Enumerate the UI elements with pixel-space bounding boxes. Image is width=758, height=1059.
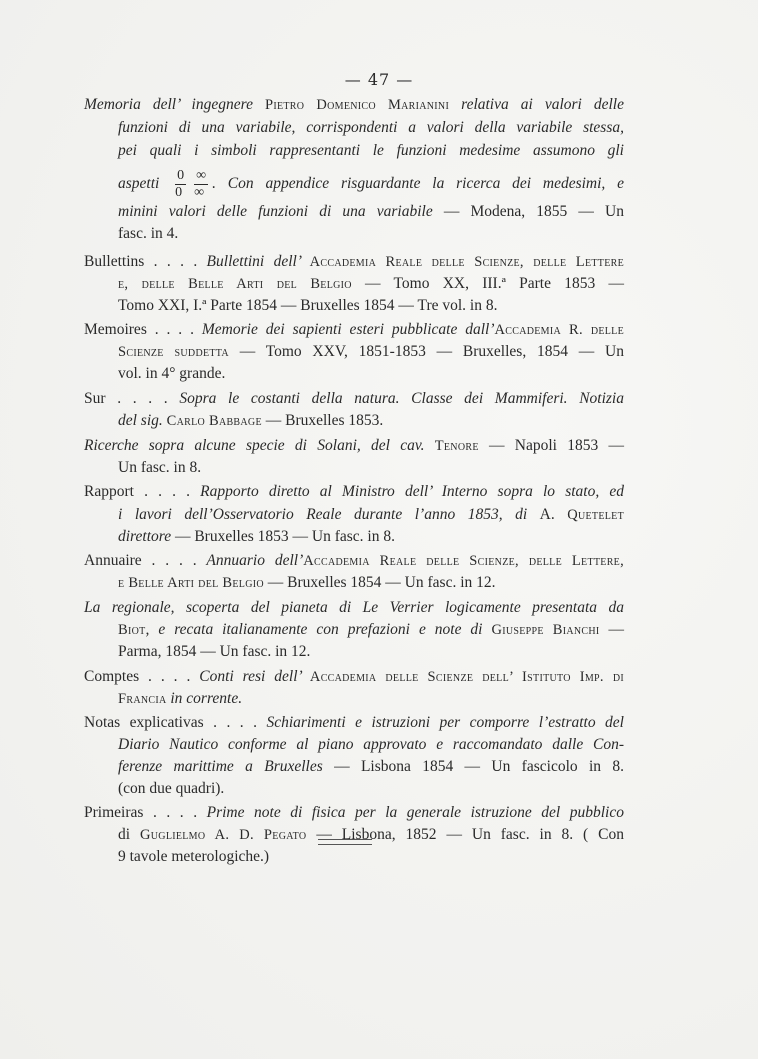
title-text: minini valori delle funzioni di una vari…	[118, 203, 444, 220]
entry-line: e, delle Belle Arti del Belgio — Tomo XX…	[118, 274, 624, 294]
entry-line: (con due quadri).	[118, 779, 624, 799]
title-text: Memorie dei sapienti esteri pubblicate d…	[202, 321, 495, 338]
entry-line: Tomo XXI, I.ª Parte 1854 — Bruxelles 185…	[118, 296, 624, 316]
title-text: i lavori dell’Osservatorio Reale durante…	[118, 506, 540, 523]
entry-line: Rapport . . . . Rapporto diretto al Mini…	[84, 482, 624, 502]
title-text: aspetti	[118, 175, 171, 192]
proper-name: Giuseppe Bianchi	[491, 622, 599, 638]
plain-text: — Bruxelles 1853.	[262, 412, 383, 429]
plain-text: — Bruxelles 1853 — Un fasc. in 8.	[171, 528, 395, 545]
plain-text: 9 tavole meterologiche.)	[118, 848, 269, 865]
plain-text: Sur . . . .	[84, 390, 179, 407]
entry-line: Parma, 1854 — Un fasc. in 12.	[118, 642, 624, 662]
plain-text: vol. in 4° grande.	[118, 365, 225, 382]
proper-name: Scienze suddetta	[118, 344, 229, 360]
plain-text: A.	[540, 506, 568, 523]
plain-text: (con due quadri).	[118, 780, 224, 797]
entry-line: Annuaire . . . . Annuario dell’Accademia…	[84, 551, 624, 571]
entry-line: Un fasc. in 8.	[118, 458, 624, 478]
title-text: Memoria dell’ ingegnere	[84, 96, 265, 113]
entry-line: Bullettins . . . . Bullettini dell’ Acca…	[84, 252, 624, 272]
title-text: funzioni di una variabile, corrispondent…	[118, 119, 624, 136]
entry-line: Francia in corrente.	[118, 689, 624, 709]
plain-text: — Bruxelles 1854 — Un fasc. in 12.	[264, 574, 496, 591]
entry-line: minini valori delle funzioni di una vari…	[118, 202, 624, 222]
entry-line: del sig. Carlo Babbage — Bruxelles 1853.	[118, 411, 624, 431]
fraction: 00	[175, 168, 186, 201]
fraction: ∞∞	[194, 168, 208, 201]
entry-line: 9 tavole meterologiche.)	[118, 847, 624, 867]
entry-line: Biot, e recata italianamente con prefazi…	[118, 620, 624, 640]
plain-text: fasc. in 4.	[118, 225, 178, 242]
entry-line: i lavori dell’Osservatorio Reale durante…	[118, 505, 624, 525]
proper-name: Biot	[118, 622, 146, 638]
entry-line: Ricerche sopra alcune specie di Solani, …	[84, 436, 624, 456]
entry-line: Sur . . . . Sopra le costanti della natu…	[84, 389, 624, 409]
fraction-numerator: 0	[175, 168, 186, 185]
entry-line: vol. in 4° grande.	[118, 364, 624, 384]
entry-line: Scienze suddetta — Tomo XXV, 1851-1853 —…	[118, 342, 624, 362]
title-text: Annuario dell’	[206, 552, 303, 569]
plain-text: Rapport . . . .	[84, 483, 200, 500]
plain-text: Primeiras . . . .	[84, 804, 207, 821]
title-text: Ricerche sopra alcune specie di Solani, …	[84, 437, 435, 454]
title-text: direttore	[118, 528, 171, 545]
title-text: del sig.	[118, 412, 167, 429]
entry-line: Memoires . . . . Memorie dei sapienti es…	[84, 320, 624, 340]
page-number: — 47 —	[0, 70, 758, 89]
proper-name: e Belle Arti del Belgio	[118, 575, 264, 591]
title-text: pei quali i simboli rappresentanti le fu…	[118, 142, 624, 159]
title-text: relativa ai valori delle	[449, 96, 624, 113]
title-text: . Con appendice risguardante la ricerca …	[212, 175, 624, 192]
proper-name: Quetelet	[567, 507, 624, 523]
plain-text: Memoires . . . .	[84, 321, 202, 338]
plain-text: —	[600, 621, 624, 638]
fraction-denominator: 0	[175, 185, 186, 201]
entry-line: Comptes . . . . Conti resi dell’ Accadem…	[84, 667, 624, 687]
plain-text: Comptes . . . .	[84, 668, 199, 685]
plain-text: Bullettins . . . .	[84, 253, 207, 270]
title-text: in corrente.	[167, 690, 243, 707]
entry-line: fasc. in 4.	[118, 224, 624, 244]
proper-name: e, delle Belle Arti del Belgio	[118, 276, 352, 292]
proper-name: Accademia Reale delle Scienze, delle Let…	[310, 254, 624, 270]
entry-line: funzioni di una variabile, corrispondent…	[118, 118, 624, 138]
plain-text: — Lisbona 1854 — Un fascicolo in 8.	[323, 758, 624, 775]
title-text: La regionale, scoperta del pianeta di Le…	[84, 599, 624, 616]
proper-name: Pietro Domenico Marianini	[265, 97, 449, 113]
fraction-denominator: ∞	[194, 185, 208, 201]
plain-text: Un fasc. in 8.	[118, 459, 201, 476]
closing-rule	[318, 839, 372, 845]
plain-text: — Napoli 1853 —	[479, 437, 624, 454]
entry-line: aspetti 00∞∞. Con appendice risguardante…	[118, 168, 624, 201]
proper-name: Tenore	[435, 438, 479, 454]
proper-name: Accademia delle Scienze dell’ Istituto I…	[310, 669, 624, 685]
title-text: Sopra le costanti della natura. Classe d…	[179, 390, 624, 407]
entry-line: e Belle Arti del Belgio — Bruxelles 1854…	[118, 573, 624, 593]
plain-text: di	[118, 826, 140, 843]
plain-text: Notas explicativas . . . .	[84, 714, 266, 731]
title-text: Diario Nautico conforme al piano approva…	[118, 736, 624, 753]
title-text: Rapporto diretto al Ministro dell’ Inter…	[200, 483, 624, 500]
plain-text: — Modena, 1855 — Un	[444, 203, 624, 220]
title-text: ferenze marittime a Bruxelles	[118, 758, 323, 775]
title-text: Conti resi dell’	[199, 668, 310, 685]
plain-text: Parma, 1854 — Un fasc. in 12.	[118, 643, 310, 660]
proper-name: Francia	[118, 691, 167, 707]
entry-line: Diario Nautico conforme al piano approva…	[118, 735, 624, 755]
entry-line: direttore — Bruxelles 1853 — Un fasc. in…	[118, 527, 624, 547]
title-text: Schiarimenti e istruzioni per comporre l…	[266, 714, 624, 731]
plain-text: Tomo XXI, I.ª Parte 1854 — Bruxelles 185…	[118, 297, 497, 314]
title-text: Bullettini dell’	[207, 253, 310, 270]
entry-line: ferenze marittime a Bruxelles — Lisbona …	[118, 757, 624, 777]
fraction-numerator: ∞	[194, 168, 208, 185]
proper-name: Guglielmo A. D. Pegato	[140, 827, 306, 843]
plain-text: — Tomo XX, III.ª Parte 1853 —	[352, 275, 624, 292]
document-page: — 47 — Memoria dell’ ingegnere Pietro Do…	[0, 0, 758, 1059]
entry-line: Primeiras . . . . Prime note di fisica p…	[84, 803, 624, 823]
entry-line: Notas explicativas . . . . Schiarimenti …	[84, 713, 624, 733]
title-text: , e recata italianamente con prefazioni …	[146, 621, 492, 638]
entry-line: La regionale, scoperta del pianeta di Le…	[84, 598, 624, 618]
proper-name: Carlo Babbage	[167, 413, 262, 429]
entry-line: Memoria dell’ ingegnere Pietro Domenico …	[84, 95, 624, 115]
entry-line: pei quali i simboli rappresentanti le fu…	[118, 141, 624, 161]
plain-text: Annuaire . . . .	[84, 552, 206, 569]
plain-text: — Tomo XXV, 1851-1853 — Bruxelles, 1854 …	[229, 343, 624, 360]
proper-name: Accademia R. delle	[495, 322, 624, 338]
title-text: Prime note di fisica per la generale ist…	[207, 804, 624, 821]
proper-name: Accademia Reale delle Scienze, delle Let…	[303, 553, 624, 569]
